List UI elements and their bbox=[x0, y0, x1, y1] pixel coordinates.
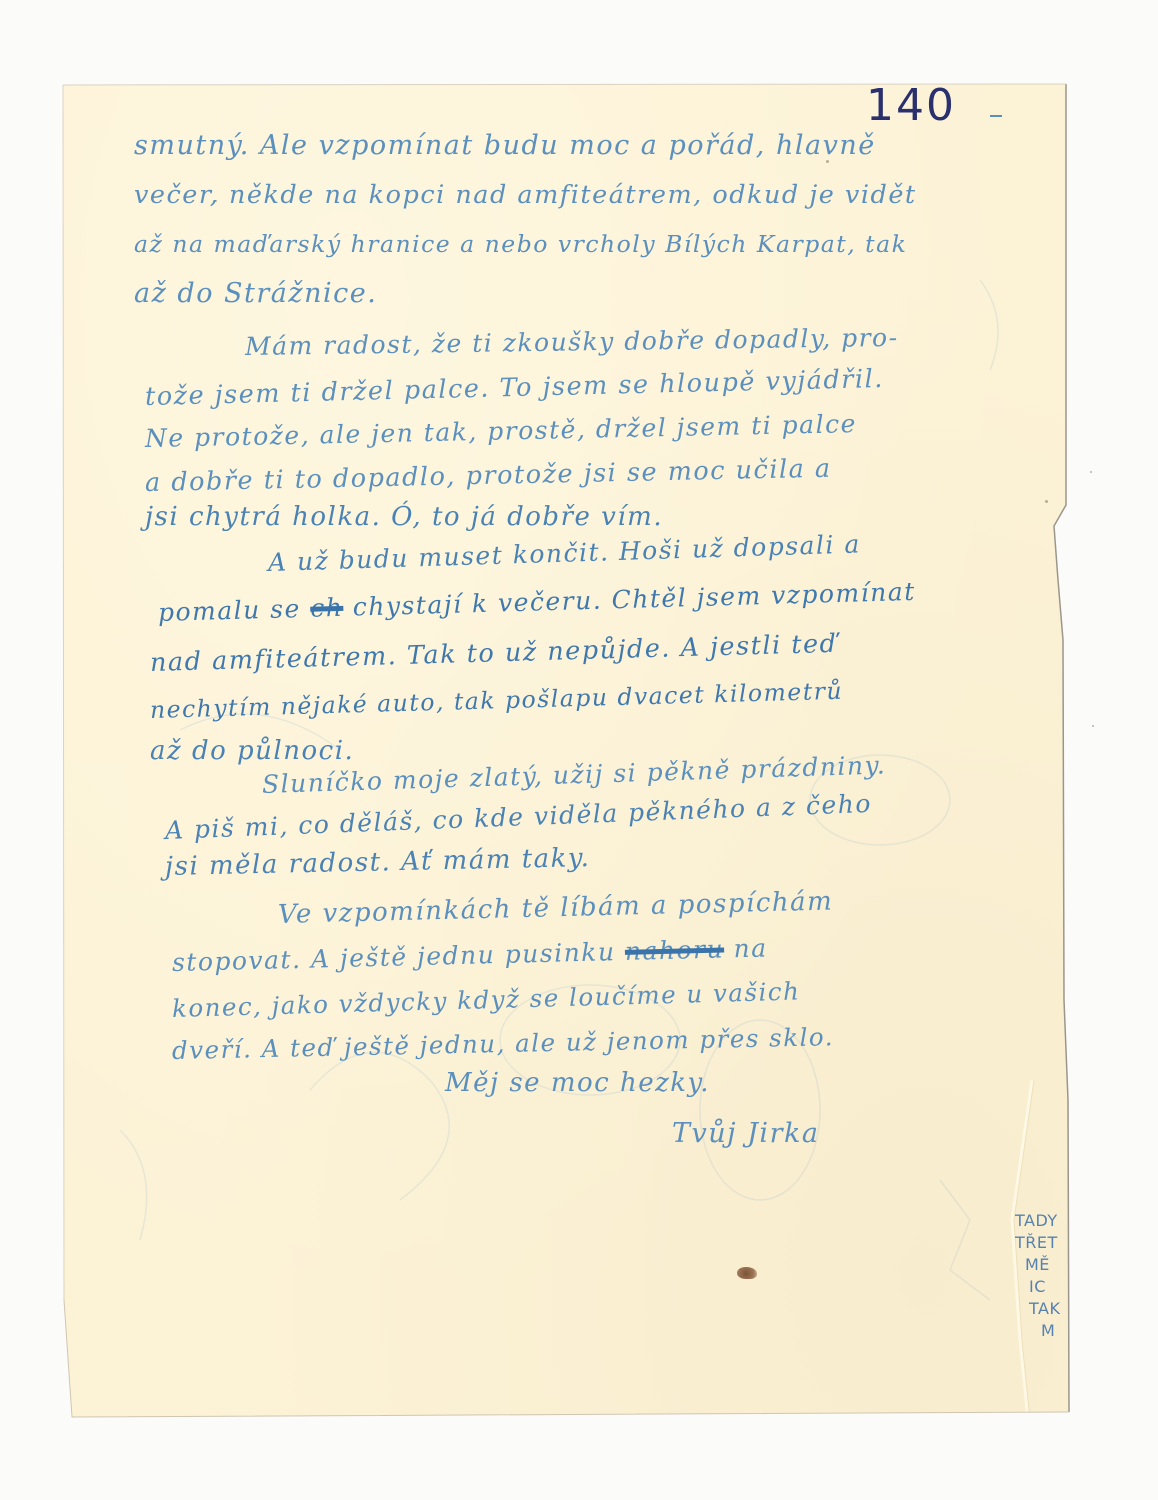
text-line: až na maďarský hranice a nebo vrcholy Bí… bbox=[134, 230, 907, 258]
margin-note-line: IC bbox=[1015, 1276, 1067, 1298]
text-line: smutný. Ale vzpomínat budu moc a pořád, … bbox=[134, 130, 876, 161]
paper-speck bbox=[215, 200, 217, 202]
margin-note-line: TAK bbox=[1015, 1298, 1067, 1320]
paper-speck bbox=[1092, 725, 1094, 727]
text-segment: pomalu se bbox=[158, 594, 311, 627]
struck-out-text: nahoru bbox=[625, 935, 725, 966]
signature: Tvůj Jirka bbox=[672, 1118, 819, 1149]
text-segment: na bbox=[724, 933, 768, 963]
margin-note-line: MĚ bbox=[1015, 1254, 1067, 1276]
paper-speck bbox=[1090, 471, 1092, 473]
margin-note-line: TŘET bbox=[1015, 1232, 1067, 1254]
text-line: večer, někde na kopci nad amfiteátrem, o… bbox=[134, 180, 917, 210]
struck-out-text: ch bbox=[310, 593, 344, 623]
paper-speck bbox=[1045, 500, 1048, 503]
text-line: až do půlnoci. bbox=[150, 736, 354, 766]
page-number-dash bbox=[990, 115, 1002, 117]
margin-note: TADY TŘET MĚ IC TAK M bbox=[1015, 1210, 1067, 1342]
closing-line: Měj se moc hezky. bbox=[445, 1068, 710, 1098]
brown-stain bbox=[737, 1267, 757, 1279]
text-line: jsi chytrá holka. Ó, to já dobře vím. bbox=[145, 502, 663, 532]
margin-note-line: M bbox=[1015, 1320, 1067, 1342]
paper-speck bbox=[826, 160, 829, 163]
text-line: až do Strážnice. bbox=[134, 278, 377, 309]
margin-note-line: TADY bbox=[1015, 1210, 1067, 1232]
page-number: 140 bbox=[866, 80, 956, 131]
